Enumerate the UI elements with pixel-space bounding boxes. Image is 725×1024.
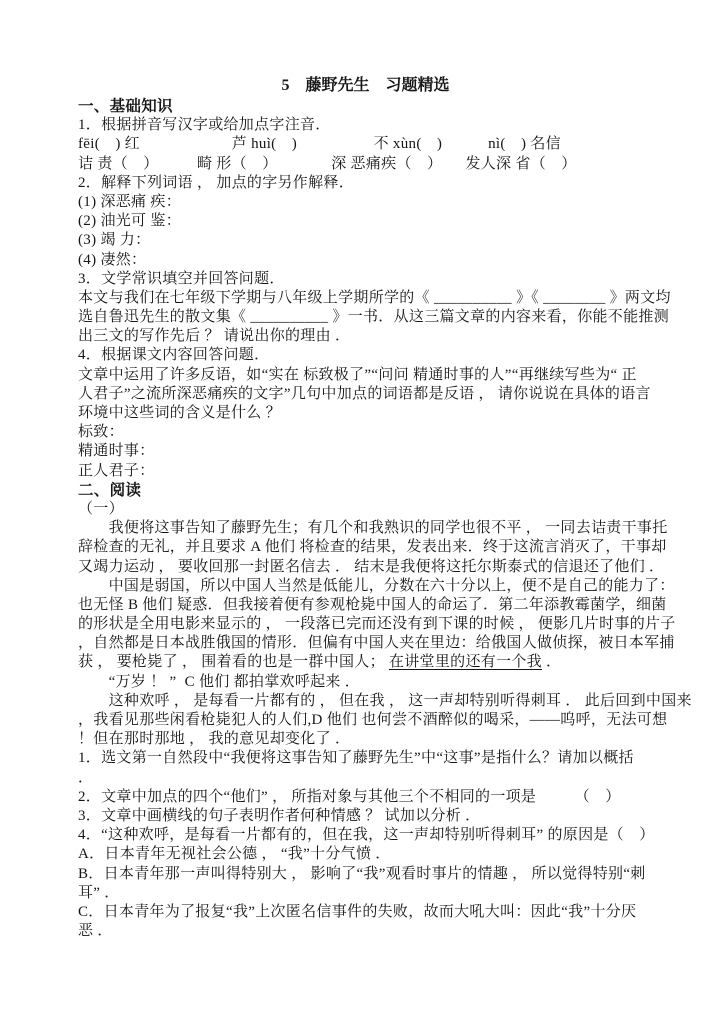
- text-line: 也无怪 B 他们 疑惑．但我接着便有参观枪毙中国人的命运了．第二年添教霉菌学，细…: [78, 596, 653, 615]
- text-line: (2) 油光可 鉴：: [78, 212, 653, 231]
- text-line: ，我看见那些闲看枪毙犯人的人们,D 他们 也何尝不酒醉似的喝采，——呜呼，无法可…: [78, 711, 653, 730]
- text-line: 中国是弱国，所以中国人当然是低能儿，分数在六十分以上，便不是自己的能力了：: [78, 577, 653, 596]
- text-line: ，自然都是日本战胜俄国的情形．但偏有中国人夹在里边：给俄国人做侦探，被日本军捕: [78, 634, 653, 653]
- text-line: 1．根据拼音写汉字或给加点字注音．: [78, 116, 653, 135]
- text-line: 本文与我们在七年级下学期与八年级上学期所学的《 __________ 》《 __…: [78, 289, 653, 308]
- section-heading: 二、阅读: [78, 481, 653, 500]
- text-line: 3．文章中画横线的句子表明作者何种情感 ？ 试加以分析 ．: [78, 807, 653, 826]
- text-line: 4．“这种欢呼，是每看一片都有的，但在我，这一声却特别听得刺耳” 的原因是（ ）: [78, 826, 653, 845]
- text-line: A．日本青年无视社会公德 ， “我”十分气愤 ．: [78, 845, 653, 864]
- text-line: 获 ， 要枪毙了 ， 围着看的也是一群中国人； 在讲堂里的还有一个我 ．: [78, 653, 653, 672]
- text-line: 恶 ．: [78, 922, 653, 941]
- worksheet-page: 5 藤野先生 习题精选 一、基础知识1．根据拼音写汉字或给加点字注音．fēi( …: [0, 0, 725, 1024]
- underlined-phrase: 在讲堂里的还有一个我: [389, 654, 542, 670]
- text-line: 环境中这些词的含义是什么 ？: [78, 404, 653, 423]
- text-segment: 获 ， 要枪毙了 ， 围着看的也是一群中国人；: [78, 654, 389, 670]
- text-line: 人君子”之流所深恶痛疾的文字”几句中加点的词语都是反语 ， 请你说说在具体的语言: [78, 385, 653, 404]
- text-line: 文章中运用了许多反语，如“实在 标致极了”“问问 精通时事的人”“再继续写些为“…: [78, 366, 653, 385]
- section-heading: 一、基础知识: [78, 97, 653, 116]
- text-line: “万岁 ！ ” C 他们 都拍掌欢呼起来 ．: [78, 673, 653, 692]
- text-line: C．日本青年为了报复“我”上次匿名信事件的失败，故而大吼大叫：因此“我”十分厌: [78, 903, 653, 922]
- text-line: 3．文学常识填空并回答问题．: [78, 270, 653, 289]
- page-title: 5 藤野先生 习题精选: [78, 76, 653, 96]
- text-line: ．: [78, 769, 653, 788]
- text-line: 标致：: [78, 423, 653, 442]
- text-line: 出三文的写作先后 ？ 请说出你的理由 ．: [78, 327, 653, 346]
- text-segment: ．: [542, 654, 561, 670]
- text-line: 这种欢呼 ， 是每看一片都有的 ， 但在我 ， 这一声却特别听得刺耳 ． 此后回…: [78, 692, 653, 711]
- text-line: ！但在那时那地 ， 我的意见却变化了 ．: [78, 730, 653, 749]
- text-line: (1) 深恶痛 疾：: [78, 193, 653, 212]
- text-line: 我便将这事告知了藤野先生；有几个和我熟识的同学也很不平 ， 一同去诘责干事托: [78, 519, 653, 538]
- text-line: 的形状是全用电影来显示的 ， 一段落已完而还没有到下课的时候 ， 便影几片时事的…: [78, 615, 653, 634]
- text-line: fēi( ) 红 芦 huì( ) 不 xùn( ) nì( ) 名信: [78, 135, 653, 154]
- text-line: B．日本青年那一声叫得特别大 ， 影响了“我”观看时事片的情趣 ， 所以觉得特别…: [78, 865, 653, 884]
- text-line: 2．文章中加点的四个“他们” ， 所指对象与其他三个不相同的一项是 （ ）: [78, 788, 653, 807]
- text-line: 选自鲁迅先生的散文集《 __________ 》一书．从这三篇文章的内容来看，你…: [78, 308, 653, 327]
- text-line: （一）: [78, 500, 653, 519]
- text-line: 正人君子：: [78, 462, 653, 481]
- text-line: 精通时事：: [78, 442, 653, 461]
- text-line: 耳” ．: [78, 884, 653, 903]
- text-line: 又竭力运动 ， 要收回那一封匿名信去 ． 结末是我便将这托尔斯泰式的信退还了他们…: [78, 558, 653, 577]
- text-line: 辞检查的无礼，并且要求 A 他们 将检查的结果，发表出来．终于这流言消灭了，干事…: [78, 538, 653, 557]
- text-line: 4．根据课文内容回答问题．: [78, 346, 653, 365]
- text-line: 1．选文第一自然段中“我便将这事告知了藤野先生”中“这事”是指什么？请加以概括: [78, 749, 653, 768]
- document-lines: 一、基础知识1．根据拼音写汉字或给加点字注音．fēi( ) 红 芦 huì( )…: [78, 97, 653, 941]
- text-line: 诘 责（ ） 畸 形（ ） 深 恶痛疾（ ） 发人深 省（ ）: [78, 155, 653, 174]
- text-line: (3) 竭 力：: [78, 231, 653, 250]
- text-line: (4) 凄然：: [78, 251, 653, 270]
- document-content: 5 藤野先生 习题精选 一、基础知识1．根据拼音写汉字或给加点字注音．fēi( …: [78, 76, 653, 941]
- text-line: 2．解释下列词语 ， 加点的字另作解释．: [78, 174, 653, 193]
